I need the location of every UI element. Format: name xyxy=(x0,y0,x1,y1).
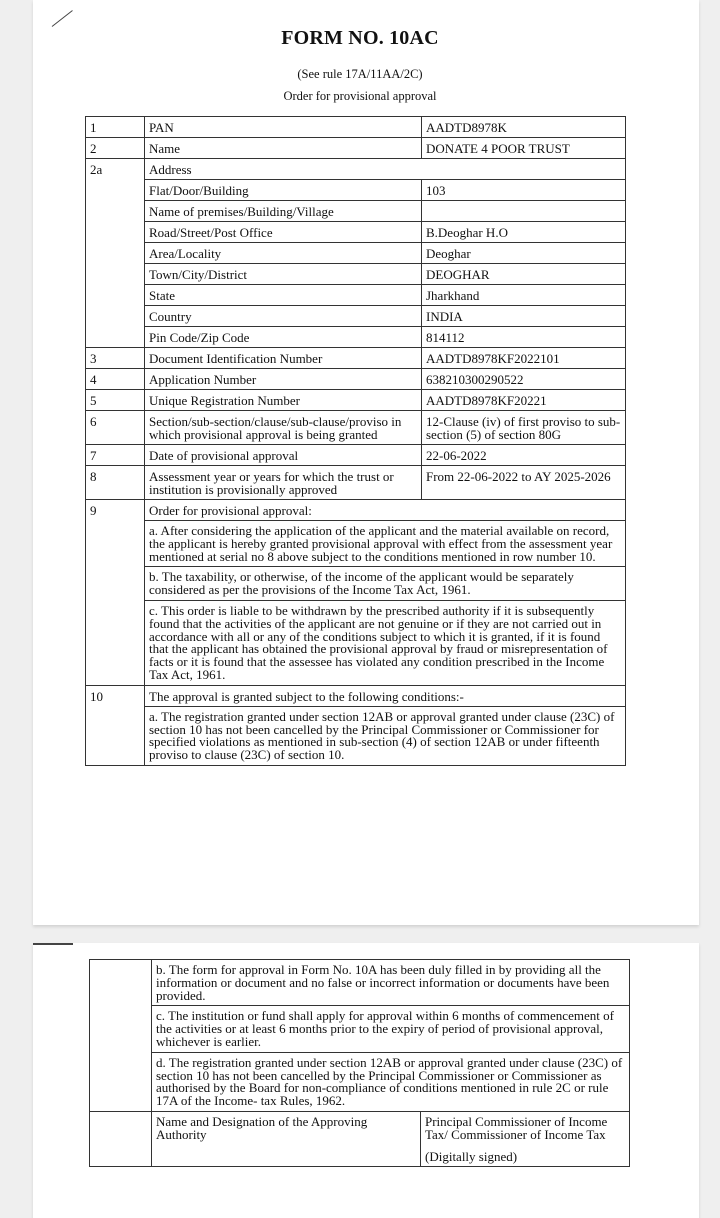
condition-paragraph: c. The institution or fund shall apply f… xyxy=(152,1006,630,1052)
address-field-row: State Jharkhand xyxy=(86,285,626,306)
condition-paragraph-row: b. The form for approval in Form No. 10A… xyxy=(90,960,630,1006)
address-field-value: 814112 xyxy=(422,327,626,348)
table-row-conditions: 10 The approval is granted subject to th… xyxy=(86,685,626,706)
address-field-row: Town/City/District DEOGHAR xyxy=(86,264,626,285)
row-number xyxy=(90,1111,152,1166)
table-row-din: 3 Document Identification Number AADTD89… xyxy=(86,348,626,369)
row-number: 6 xyxy=(86,411,145,445)
digital-signature-note: (Digitally signed) xyxy=(425,1151,625,1164)
authority-label: Name and Designation of the Approving Au… xyxy=(152,1111,421,1166)
condition-paragraph-row: c. The institution or fund shall apply f… xyxy=(90,1006,630,1052)
row-label: Section/sub-section/clause/sub-clause/pr… xyxy=(145,411,422,445)
table-row-address: 2a Address xyxy=(86,159,626,180)
form-subtitle: Order for provisional approval xyxy=(0,89,720,104)
condition-paragraph: b. The form for approval in Form No. 10A… xyxy=(152,960,630,1006)
assessment-year-value: From 22-06-2022 to AY 2025-2026 xyxy=(422,466,626,500)
order-paragraph: a. After considering the application of … xyxy=(145,521,626,567)
address-field-value: B.Deoghar H.O xyxy=(422,222,626,243)
row-number: 8 xyxy=(86,466,145,500)
row-label: Application Number xyxy=(145,369,422,390)
row-label: PAN xyxy=(145,117,422,138)
address-field-value: 103 xyxy=(422,180,626,201)
condition-paragraph-row: a. The registration granted under sectio… xyxy=(86,706,626,765)
row-number: 3 xyxy=(86,348,145,369)
address-field-value: Jharkhand xyxy=(422,285,626,306)
address-field-row: Name of premises/Building/Village xyxy=(86,201,626,222)
address-field-row: Country INDIA xyxy=(86,306,626,327)
row-number xyxy=(90,960,152,1112)
row-label: Assessment year or years for which the t… xyxy=(145,466,422,500)
address-field-label: Town/City/District xyxy=(145,264,422,285)
table-row-section: 6 Section/sub-section/clause/sub-clause/… xyxy=(86,411,626,445)
row-number: 7 xyxy=(86,445,145,466)
address-field-label: State xyxy=(145,285,422,306)
conditions-heading: The approval is granted subject to the f… xyxy=(145,685,626,706)
urn-value: AADTD8978KF20221 xyxy=(422,390,626,411)
condition-paragraph-row: d. The registration granted under sectio… xyxy=(90,1052,630,1111)
table-row-assessment: 8 Assessment year or years for which the… xyxy=(86,466,626,500)
row-number: 2 xyxy=(86,138,145,159)
order-paragraph: c. This order is liable to be withdrawn … xyxy=(145,600,626,685)
order-paragraph-row: b. The taxability, or otherwise, of the … xyxy=(86,567,626,601)
row-label: Address xyxy=(145,159,626,180)
approval-date-value: 22-06-2022 xyxy=(422,445,626,466)
table-row-authority: Name and Designation of the Approving Au… xyxy=(90,1111,630,1166)
row-number: 1 xyxy=(86,117,145,138)
din-value: AADTD8978KF2022101 xyxy=(422,348,626,369)
order-paragraph: b. The taxability, or otherwise, of the … xyxy=(145,567,626,601)
address-field-label: Pin Code/Zip Code xyxy=(145,327,422,348)
row-label: Name xyxy=(145,138,422,159)
address-field-row: Pin Code/Zip Code 814112 xyxy=(86,327,626,348)
form-title: FORM NO. 10AC xyxy=(0,27,720,50)
row-number: 4 xyxy=(86,369,145,390)
order-heading: Order for provisional approval: xyxy=(145,500,626,521)
pan-value: AADTD8978K xyxy=(422,117,626,138)
table-row-order: 9 Order for provisional approval: xyxy=(86,500,626,521)
condition-paragraph: d. The registration granted under sectio… xyxy=(152,1052,630,1111)
order-paragraph-row: c. This order is liable to be withdrawn … xyxy=(86,600,626,685)
address-field-label: Area/Locality xyxy=(145,243,422,264)
address-field-row: Road/Street/Post Office B.Deoghar H.O xyxy=(86,222,626,243)
row-label: Date of provisional approval xyxy=(145,445,422,466)
address-field-row: Area/Locality Deoghar xyxy=(86,243,626,264)
address-field-value: INDIA xyxy=(422,306,626,327)
row-number: 5 xyxy=(86,390,145,411)
table-row-name: 2 Name DONATE 4 POOR TRUST xyxy=(86,138,626,159)
table-row-pan: 1 PAN AADTD8978K xyxy=(86,117,626,138)
row-number: 9 xyxy=(86,500,145,686)
address-field-value: DEOGHAR xyxy=(422,264,626,285)
application-number-value: 638210300290522 xyxy=(422,369,626,390)
authority-value: Principal Commissioner of Income Tax/ Co… xyxy=(425,1116,625,1142)
address-field-value: Deoghar xyxy=(422,243,626,264)
rule-reference: (See rule 17A/11AA/2C) xyxy=(0,67,720,82)
name-value: DONATE 4 POOR TRUST xyxy=(422,138,626,159)
approval-table-page-1: 1 PAN AADTD8978K 2 Name DONATE 4 POOR TR… xyxy=(85,116,626,766)
address-field-label: Road/Street/Post Office xyxy=(145,222,422,243)
address-field-label: Country xyxy=(145,306,422,327)
address-field-value xyxy=(422,201,626,222)
table-row-urn: 5 Unique Registration Number AADTD8978KF… xyxy=(86,390,626,411)
address-field-label: Flat/Door/Building xyxy=(145,180,422,201)
approval-table-page-2: b. The form for approval in Form No. 10A… xyxy=(89,959,630,1167)
address-field-label: Name of premises/Building/Village xyxy=(145,201,422,222)
table-row-application: 4 Application Number 638210300290522 xyxy=(86,369,626,390)
condition-paragraph: a. The registration granted under sectio… xyxy=(145,706,626,765)
row-label: Unique Registration Number xyxy=(145,390,422,411)
address-field-row: Flat/Door/Building 103 xyxy=(86,180,626,201)
order-paragraph-row: a. After considering the application of … xyxy=(86,521,626,567)
table-row-date: 7 Date of provisional approval 22-06-202… xyxy=(86,445,626,466)
row-label: Document Identification Number xyxy=(145,348,422,369)
authority-cell: Principal Commissioner of Income Tax/ Co… xyxy=(421,1111,630,1166)
section-value: 12-Clause (iv) of first proviso to sub-s… xyxy=(422,411,626,445)
row-number: 10 xyxy=(86,685,145,765)
row-number: 2a xyxy=(86,159,145,348)
